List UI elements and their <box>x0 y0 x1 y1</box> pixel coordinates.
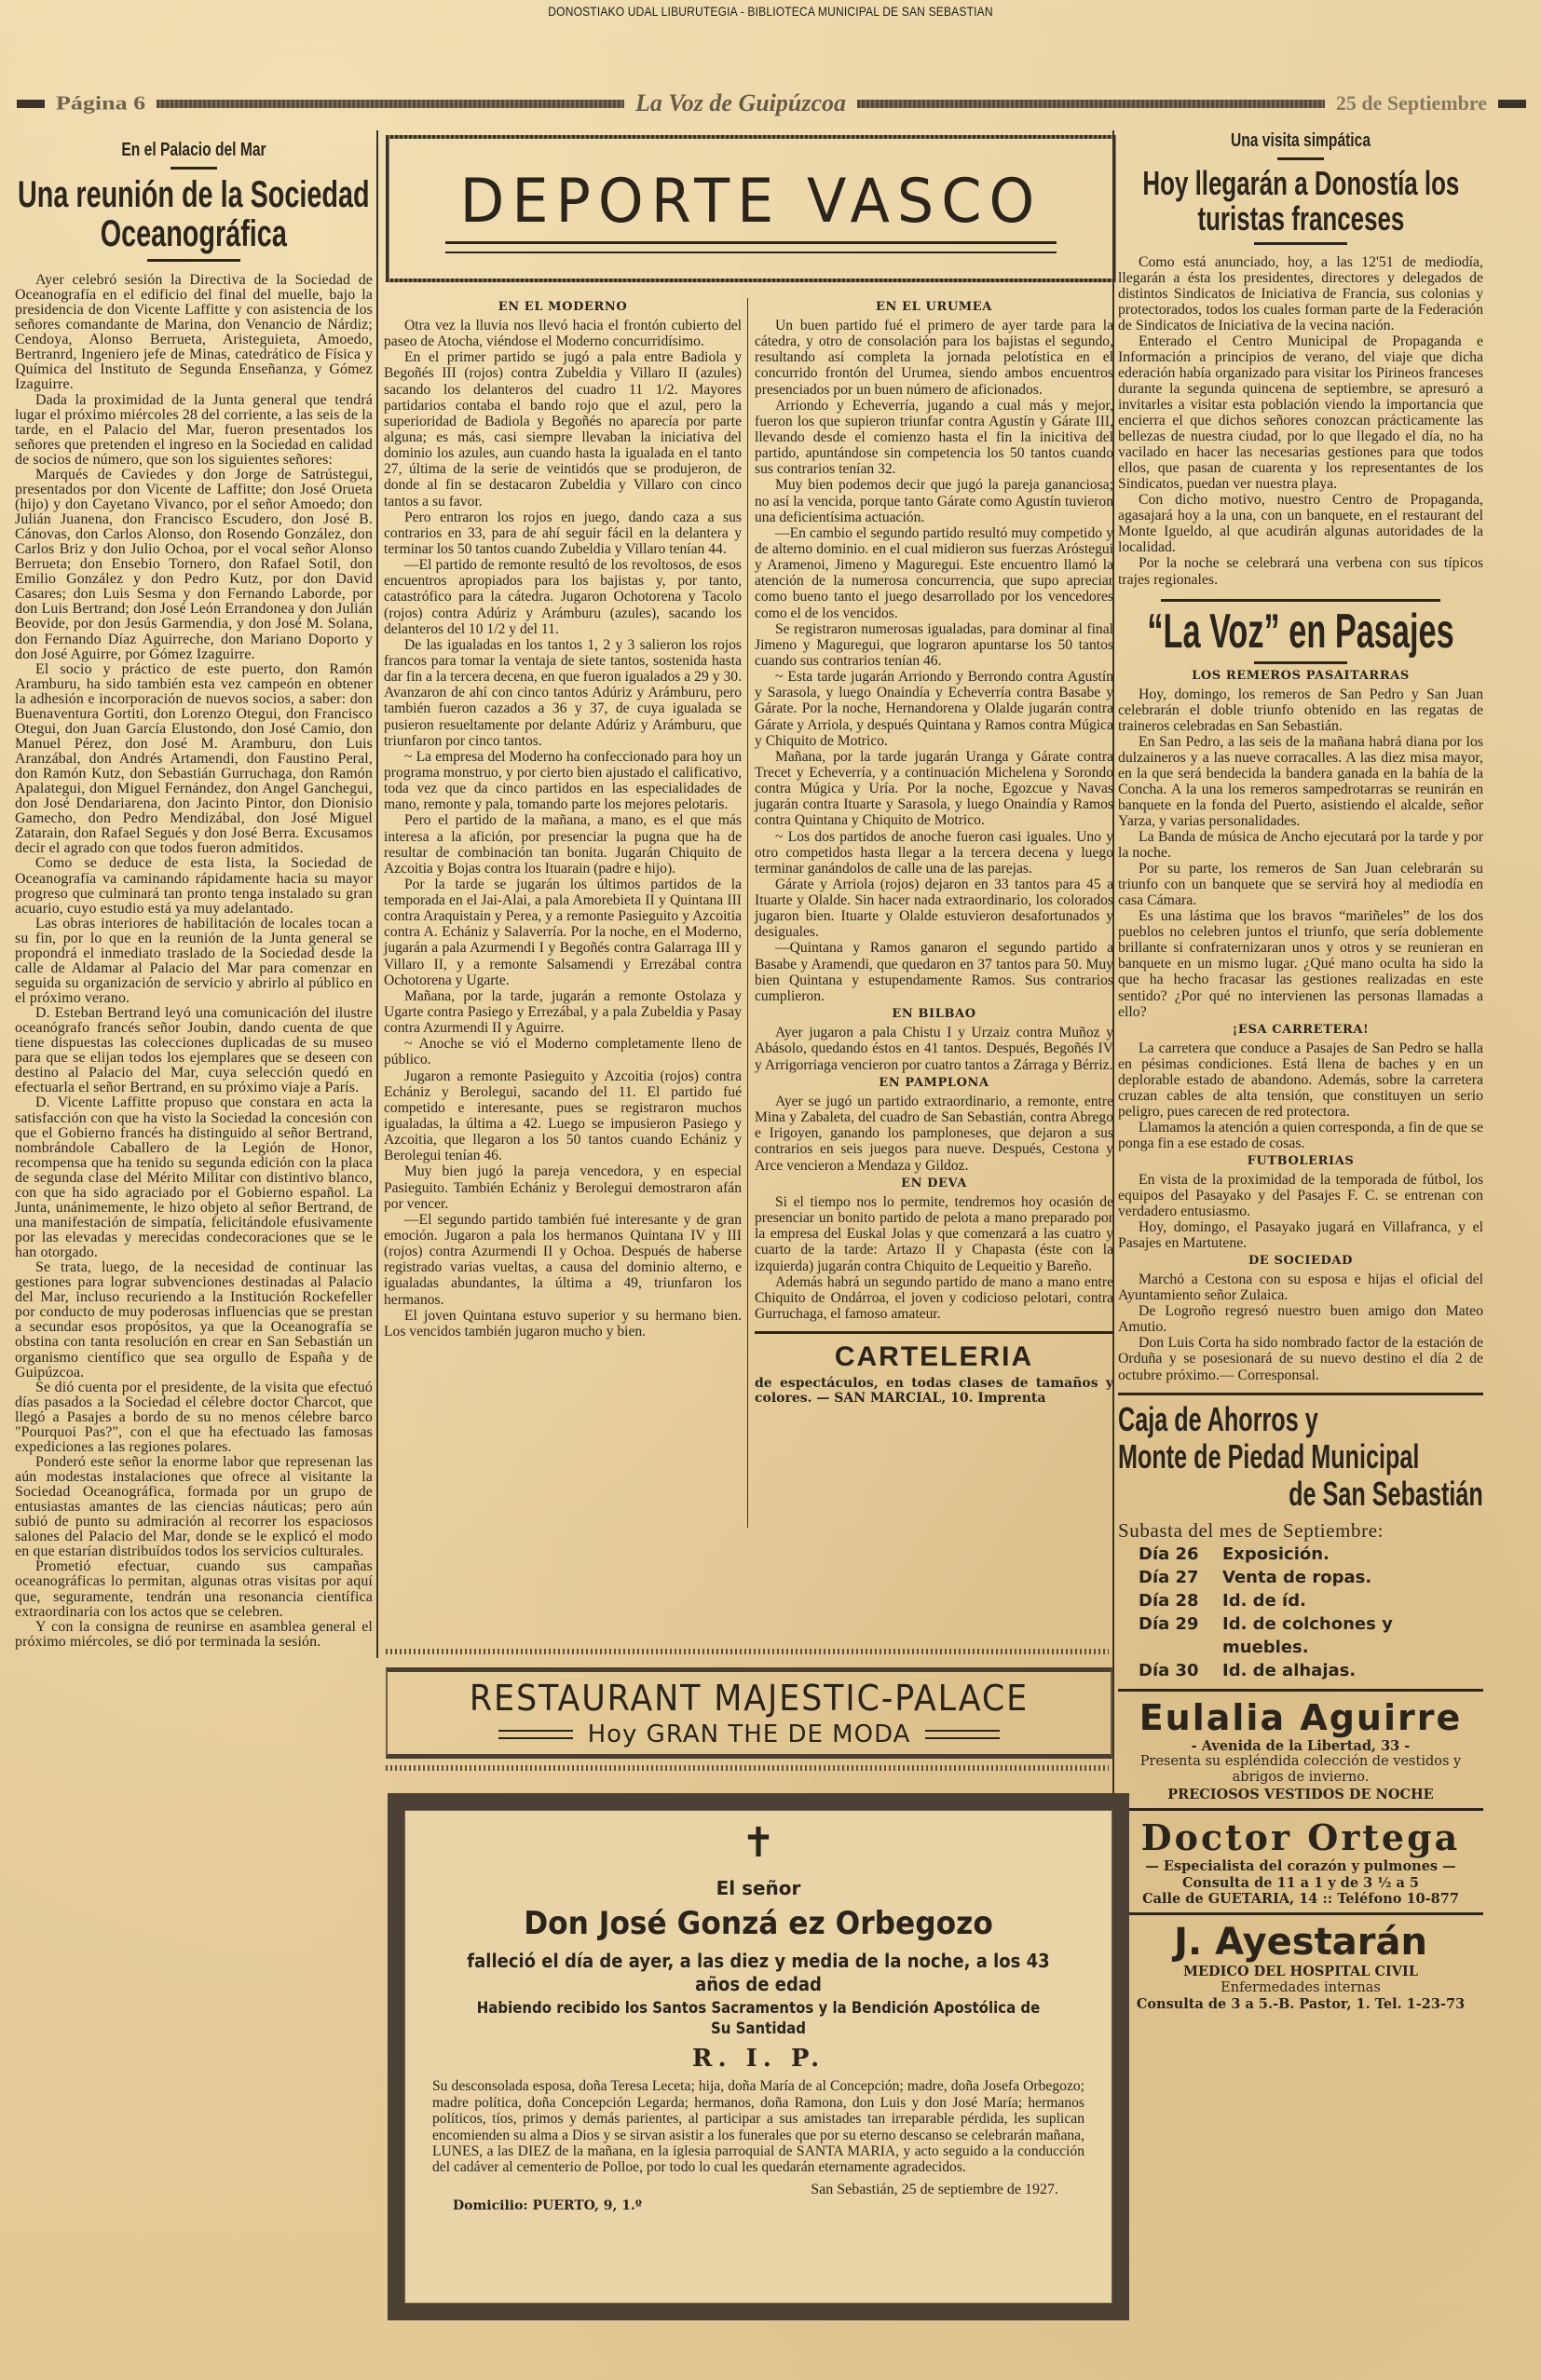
paragraph: La carretera que conduce a Pasajes de Sa… <box>1118 1040 1483 1120</box>
paragraph: ~ Los dos partidos de anoche fueron casi… <box>755 829 1113 877</box>
ad-address: Calle de GUETARIA, 14 :: Teléfono 10-877 <box>1118 1891 1483 1907</box>
section-subhead: FUTBOLERIAS <box>1118 1155 1483 1168</box>
ad-title: J. Ayestarán <box>1118 1921 1483 1964</box>
paragraph: Es una lástima que los bravos “mariñeles… <box>1118 908 1483 1019</box>
page-number: Página 6 <box>56 92 145 115</box>
ad-tagline: PRECIOSOS VESTIDOS DE NOCHE <box>1118 1787 1483 1802</box>
paragraph: Mañana, por la tarde jugarán Uranga y Gá… <box>755 749 1113 829</box>
paragraph: ~ Anoche se vió el Moderno completamente… <box>384 1036 742 1068</box>
article-oceanografica: En el Palacio del Mar Una reunión de la … <box>15 140 373 1650</box>
schedule-row: Día 27Venta de ropas. <box>1139 1566 1483 1589</box>
article-en-el-urumea: EN EL URUMEA Un buen partido fué el prim… <box>755 296 1113 1406</box>
issue-date: 25 de Septiembre <box>1336 91 1487 116</box>
ad-title: CARTELERIA <box>755 1341 1113 1373</box>
rule <box>170 167 217 170</box>
paragraph: Por la tarde se jugarán los últimos part… <box>384 877 742 988</box>
ad-title: Eulalia Aguirre <box>1118 1697 1483 1738</box>
section-subhead: EN DEVA <box>755 1177 1113 1190</box>
wavy-rule <box>386 1649 1109 1654</box>
rule <box>755 1331 1113 1334</box>
rule <box>1254 242 1347 245</box>
paragraph: Como está anunciado, hoy, a las 12'51 de… <box>1118 254 1483 333</box>
ad-tagline: Hoy GRAN THE DE MODA <box>588 1720 911 1748</box>
masthead-rule <box>157 100 624 108</box>
schedule-day: Día 30 <box>1139 1659 1222 1682</box>
schedule-row: Día 29Id. de colchones y muebles. <box>1139 1612 1483 1659</box>
obituary-name: Don José Gonzá ez Orbegozo <box>452 1905 1066 1942</box>
ad-restaurant-majestic: RESTAURANT MAJESTIC-PALACE Hoy GRAN THE … <box>386 1667 1112 1759</box>
paragraph: La Banda de música de Ancho ejecutará po… <box>1118 829 1483 861</box>
paragraph: Como se deduce de esta lista, la Socieda… <box>15 856 373 916</box>
obituary-death-line: falleció el día de ayer, a las diez y me… <box>458 1950 1058 1996</box>
masthead-rule <box>1498 100 1526 108</box>
paragraph: Un buen partido fué el primero de ayer t… <box>755 318 1113 398</box>
paragraph: Otra vez la lluvia nos llevó hacia el fr… <box>384 318 742 349</box>
rule <box>1118 1393 1483 1395</box>
paragraph: Don Luis Corta ha sido nombrado factor d… <box>1118 1335 1483 1382</box>
article-kicker: Una visita simpática <box>1158 130 1443 152</box>
ad-subtitle: Subasta del mes de Septiembre: <box>1118 1519 1483 1543</box>
paragraph: Gárate y Arriola (rojos) dejaron en 33 t… <box>755 877 1113 941</box>
library-banner: DONOSTIAKO UDAL LIBURUTEGIA - BIBLIOTECA… <box>108 4 1433 19</box>
schedule-item: Exposición. <box>1222 1543 1330 1566</box>
paragraph: De Logroño regresó nuestro buen amigo do… <box>1118 1303 1483 1335</box>
article-body: Otra vez la lluvia nos llevó hacia el fr… <box>384 318 742 1340</box>
rule <box>498 1730 573 1739</box>
paragraph: ~ Esta tarde jugarán Arriondo y Berrondo… <box>755 669 1113 749</box>
newspaper-name: La Voz de Guipúzcoa <box>635 89 846 117</box>
ad-text: de espectáculos, en todas clases de tama… <box>755 1377 1113 1406</box>
paragraph: De las igualadas en los tantos 1, 2 y 3 … <box>384 637 742 749</box>
paragraph: Por su parte, los remeros de San Juan ce… <box>1118 861 1483 908</box>
paragraph: Y con la consigna de reunirse en asamble… <box>15 1620 373 1650</box>
column-divider <box>376 130 378 1658</box>
obituary-address: Domicilio: PUERTO, 9, 1.º <box>425 2198 1092 2213</box>
article-headline: “La Voz” en Pasajes <box>1120 607 1481 656</box>
schedule-day: Día 28 <box>1139 1589 1222 1612</box>
obituary-place-date: San Sebastián, 25 de septiembre de 1927. <box>425 2182 1092 2198</box>
article-en-el-moderno: EN EL MODERNO Otra vez la lluvia nos lle… <box>384 296 742 1340</box>
cross-icon: ✝ <box>425 1823 1092 1864</box>
paragraph: D. Esteban Bertrand leyó una comunicació… <box>15 1006 373 1095</box>
paragraph: En vista de la proximidad de la temporad… <box>1118 1172 1483 1219</box>
paragraph: Mañana, por la tarde, jugarán a remonte … <box>384 988 742 1036</box>
ad-caja-de-ahorros: Caja de Ahorros y Monte de Piedad Munici… <box>1118 1401 1483 1683</box>
paragraph: Prometió efectuar, cuando sus campañas o… <box>15 1559 373 1619</box>
ad-doctor-ortega: Doctor Ortega — Especialista del corazón… <box>1118 1816 1483 1907</box>
ad-title: Doctor Ortega <box>1118 1816 1483 1858</box>
schedule-day: Día 27 <box>1139 1566 1222 1589</box>
paragraph: Ayer celebró sesión la Directiva de la S… <box>15 273 373 393</box>
ad-address: - Avenida de la Libertad, 33 - <box>1118 1738 1483 1754</box>
schedule-row: Día 28Id. de íd. <box>1139 1589 1483 1612</box>
article-headline: Una reunión de la Sociedad Oceanográfica <box>13 175 374 253</box>
paragraph: Por la noche se celebrará una verbena co… <box>1118 555 1483 587</box>
paragraph: —En cambio el segundo partido resultó mu… <box>755 525 1113 621</box>
paragraph: Las obras interiores de habilitación de … <box>15 917 373 1006</box>
article-headline: Hoy llegarán a Donostía los turistas fra… <box>1116 166 1484 237</box>
auction-schedule: Día 26Exposición.Día 27Venta de ropas.Dí… <box>1118 1543 1483 1683</box>
paragraph: Ayer jugaron a pala Chistu I y Urzaiz co… <box>755 1025 1113 1072</box>
section-subhead: EN EL MODERNO <box>384 300 742 314</box>
rule <box>1118 1912 1483 1915</box>
paragraph: El socio y práctico de este puerto, don … <box>15 662 373 857</box>
section-subhead: DE SOCIEDAD <box>1118 1255 1483 1268</box>
paragraph: Jugaron a remonte Pasieguito y Azcoitia … <box>384 1068 742 1164</box>
paragraph: Hoy, domingo, el Pasayako jugará en Vill… <box>1118 1219 1483 1251</box>
article-la-voz-en-pasajes: “La Voz” en Pasajes LOS REMEROS PASAITAR… <box>1118 607 1483 1383</box>
paragraph: Arriondo y Echeverría, jugando a cual má… <box>755 398 1113 478</box>
ad-eulalia-aguirre: Eulalia Aguirre - Avenida de la Libertad… <box>1118 1697 1483 1803</box>
ad-title: RESTAURANT MAJESTIC-PALACE <box>416 1678 1082 1719</box>
double-rule <box>445 241 1057 253</box>
ad-hours: Consulta de 11 a 1 y de 3 ½ a 5 <box>1118 1875 1483 1891</box>
section-subhead: EN PAMPLONA <box>755 1077 1113 1090</box>
rule <box>147 259 240 262</box>
paragraph: El joven Quintana estuvo superior y su h… <box>384 1308 742 1340</box>
article-kicker: En el Palacio del Mar <box>54 140 334 161</box>
section-subhead: LOS REMEROS PASAITARRAS <box>1118 670 1483 683</box>
paragraph: Enterado el Centro Municipal de Propagan… <box>1118 333 1483 492</box>
rule <box>1118 1808 1483 1811</box>
ad-title-line: MEDICO DEL HOSPITAL CIVIL <box>1118 1964 1483 1979</box>
ad-title: Caja de Ahorros y <box>1118 1401 1476 1438</box>
column-divider <box>747 298 748 1528</box>
paragraph: D. Vicente Laffitte propuso que constara… <box>15 1095 373 1260</box>
schedule-item: Venta de ropas. <box>1222 1566 1371 1589</box>
ad-title: de San Sebastián <box>1125 1476 1483 1513</box>
masthead-rule <box>17 100 45 108</box>
section-title: DEPORTE VASCO <box>389 165 1112 237</box>
schedule-day: Día 29 <box>1139 1612 1222 1659</box>
paragraph: Si el tiempo nos lo permite, tendremos h… <box>755 1194 1113 1274</box>
schedule-item: Id. de colchones y muebles. <box>1222 1612 1483 1659</box>
paragraph: Con dicho motivo, nuestro Centro de Prop… <box>1118 492 1483 555</box>
paragraph: Ponderó este señor la enorme labor que r… <box>15 1455 373 1559</box>
article-body: Un buen partido fué el primero de ayer t… <box>755 318 1113 1322</box>
article-body: LOS REMEROS PASAITARRASHoy, domingo, los… <box>1118 670 1483 1383</box>
ad-text: Presenta su espléndida colección de vest… <box>1118 1754 1483 1787</box>
masthead-rule <box>857 100 1325 108</box>
ad-ayestaran: J. Ayestarán MEDICO DEL HOSPITAL CIVIL E… <box>1118 1921 1483 2012</box>
article-body: Ayer celebró sesión la Directiva de la S… <box>15 273 373 1650</box>
obituary-sacraments-line: Habiendo recibido los Santos Sacramentos… <box>465 1998 1052 2039</box>
paragraph: Además habrá un segundo partido de mano … <box>755 1274 1113 1322</box>
paragraph: Ayer se jugó un partido extraordinario, … <box>755 1094 1113 1174</box>
paragraph: Se trata, luego, de la necesidad de cont… <box>15 1260 373 1380</box>
paragraph: Dada la proximidad de la Junta general q… <box>15 393 373 468</box>
section-banner-deporte-vasco: DEPORTE VASCO <box>386 135 1116 282</box>
obituary-rip: R. I. P. <box>425 2045 1092 2073</box>
article-body: Como está anunciado, hoy, a las 12'51 de… <box>1118 254 1483 588</box>
schedule-day: Día 26 <box>1139 1543 1222 1566</box>
paragraph: Se dió cuenta por el presidente, de la v… <box>15 1380 373 1455</box>
ad-title: Monte de Piedad Municipal <box>1118 1438 1476 1476</box>
section-subhead: EN EL URUMEA <box>755 300 1113 314</box>
article-turistas: Una visita simpática Hoy llegarán a Dono… <box>1118 130 1483 588</box>
rule <box>925 1730 1000 1739</box>
wavy-rule <box>386 1765 1109 1771</box>
schedule-item: Id. de alhajas. <box>1222 1659 1356 1682</box>
rule <box>1118 1689 1483 1692</box>
carteleria-ad: CARTELERIA de espectáculos, en todas cla… <box>755 1341 1113 1406</box>
paragraph: —El segundo partido también fué interesa… <box>384 1212 742 1308</box>
paragraph: En San Pedro, a las seis de la mañana ha… <box>1118 734 1483 829</box>
ad-specialty: — Especialista del corazón y pulmones — <box>1118 1858 1483 1874</box>
paragraph: ~ La empresa del Moderno ha confeccionad… <box>384 749 742 813</box>
masthead: Página 6 La Voz de Guipúzcoa 25 de Septi… <box>17 89 1526 117</box>
paragraph: —El partido de remonte resultó de los re… <box>384 557 742 637</box>
paragraph: Marqués de Caviedes y don Jorge de Satrú… <box>15 468 373 662</box>
obituary-intro: El señor <box>425 1877 1092 1899</box>
paragraph: Se registraron numerosas igualadas, para… <box>755 621 1113 669</box>
schedule-item: Id. de íd. <box>1222 1589 1306 1612</box>
rule <box>1254 661 1347 664</box>
ad-specialty: Enfermedades internas <box>1118 1980 1483 1996</box>
section-subhead: EN BILBAO <box>755 1008 1113 1021</box>
paragraph: Pero el partido de la mañana, a mano, es… <box>384 812 742 877</box>
paragraph: Pero entraron los rojos en juego, dando … <box>384 510 742 557</box>
rule <box>1277 157 1324 160</box>
section-subhead: ¡ESA CARRETERA! <box>1118 1024 1483 1037</box>
paragraph: Muy bien podemos decir que jugó la parej… <box>755 477 1113 524</box>
obituary-body: Su desconsolada esposa, doña Teresa Lece… <box>425 2078 1092 2176</box>
paragraph: Llamamos la atención a quien corresponda… <box>1118 1120 1483 1151</box>
paragraph: Marchó a Cestona con su esposa e hijas e… <box>1118 1272 1483 1303</box>
obituary-notice: ✝ El señor Don José Gonzá ez Orbegozo fa… <box>388 1793 1129 2320</box>
paragraph: —Quintana y Ramos ganaron el segundo par… <box>755 940 1113 1004</box>
schedule-row: Día 26Exposición. <box>1139 1543 1483 1566</box>
schedule-row: Día 30Id. de alhajas. <box>1139 1659 1483 1682</box>
ornamental-rule <box>1161 599 1440 602</box>
paragraph: En el primer partido se jugó a pala entr… <box>384 349 742 509</box>
paragraph: Hoy, domingo, los remeros de San Pedro y… <box>1118 687 1483 734</box>
ad-hours: Consulta de 3 a 5.-B. Pastor, 1. Tel. 1-… <box>1118 1996 1483 2012</box>
right-column: Una visita simpática Hoy llegarán a Dono… <box>1118 130 1483 2013</box>
paragraph: Muy bien jugó la pareja vencedora, y en … <box>384 1163 742 1211</box>
